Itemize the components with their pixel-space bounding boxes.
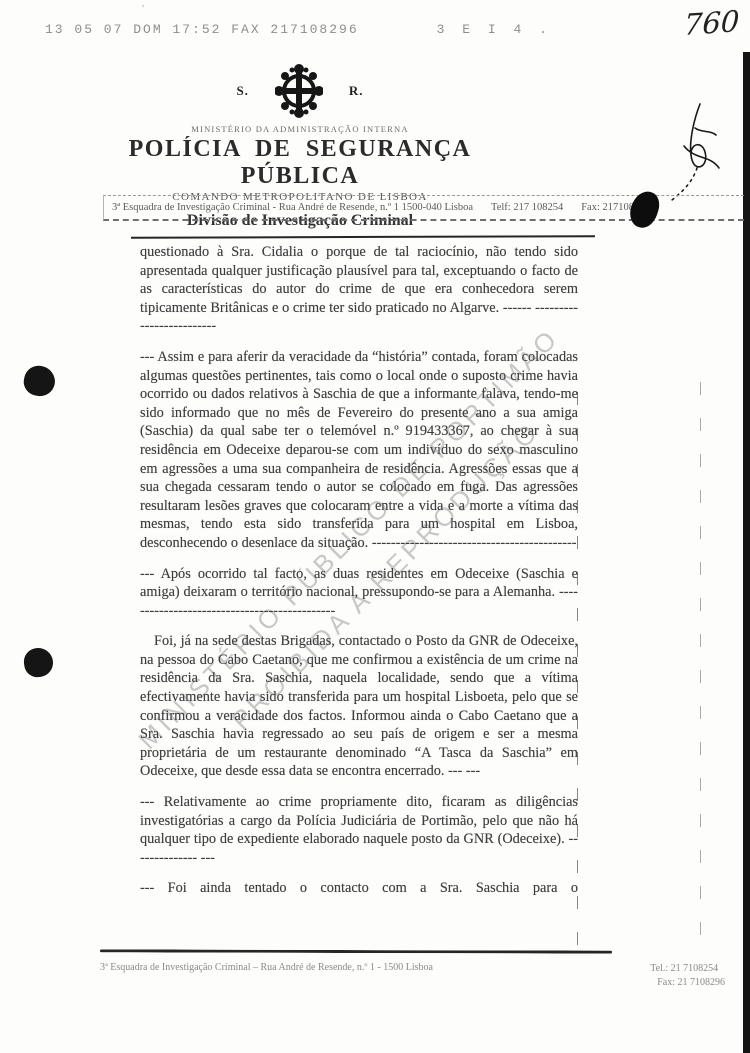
body-paragraph: --- Relativamente ao crime propriamente … <box>140 793 578 867</box>
scan-edge-strip <box>743 52 750 1053</box>
ink-blot <box>626 188 663 232</box>
page-fold-line <box>700 382 701 948</box>
body-paragraph: questionado à Sra. Cidalia o porque de t… <box>140 243 578 336</box>
hole-punch-dot <box>21 363 58 399</box>
ministry-label: MINISTÉRIO DA ADMINISTRAÇÃO INTERNA <box>95 124 505 134</box>
text-block-bottom-rule <box>100 949 612 953</box>
body-paragraph: --- Após ocorrido tal facto, as duas res… <box>140 565 578 621</box>
emblem-initial-right: R. <box>349 83 364 99</box>
scanned-fax-page: 13 05 07 DOM 17:52 FAX 217108296 3 E I 4… <box>0 0 750 1053</box>
fax-transmission-text: 13 05 07 DOM 17:52 FAX 217108296 <box>45 22 359 37</box>
station-address-line: 3ª Esquadra de Investigação Criminal - R… <box>112 202 473 213</box>
signature-paraph-icon <box>655 96 735 204</box>
station-tel: Telf: 217 108254 <box>491 202 563 213</box>
psp-coat-of-arms-icon <box>275 63 323 119</box>
footer-fax: Fax: 21 7108296 <box>650 976 725 990</box>
footer-contact: Tel.: 21 7108254 Fax: 21 7108296 <box>650 962 725 990</box>
body-paragraph: --- Foi ainda tentado o contacto com a S… <box>140 879 578 898</box>
hole-punch-dot <box>22 646 55 679</box>
body-paragraph: --- Assim e para aferir da veracidade da… <box>140 348 578 553</box>
station-address-strip: 3ª Esquadra de Investigação Criminal - R… <box>103 195 744 221</box>
text-block-top-rule <box>131 235 595 239</box>
fax-transmission-header: 13 05 07 DOM 17:52 FAX 217108296 3 E I 4… <box>45 22 605 37</box>
emblem-initial-left: S. <box>236 83 248 99</box>
emblem-row: S. R. <box>95 62 505 120</box>
handwritten-page-number: 760 <box>683 4 740 42</box>
page-footer: 3ª Esquadra de Investigação Criminal – R… <box>100 962 725 990</box>
report-body: questionado à Sra. Cidalia o porque de t… <box>140 243 578 898</box>
agency-title: POLÍCIA DE SEGURANÇA PÚBLICA <box>95 136 505 190</box>
scan-speck: ʹ <box>142 4 144 15</box>
footer-tel: Tel.: 21 7108254 <box>650 962 725 976</box>
body-paragraph: Foi, já na sede destas Brigadas, contact… <box>140 632 578 781</box>
fax-page-code: 3 E I 4 . <box>437 22 552 37</box>
footer-address: 3ª Esquadra de Investigação Criminal – R… <box>100 962 433 973</box>
